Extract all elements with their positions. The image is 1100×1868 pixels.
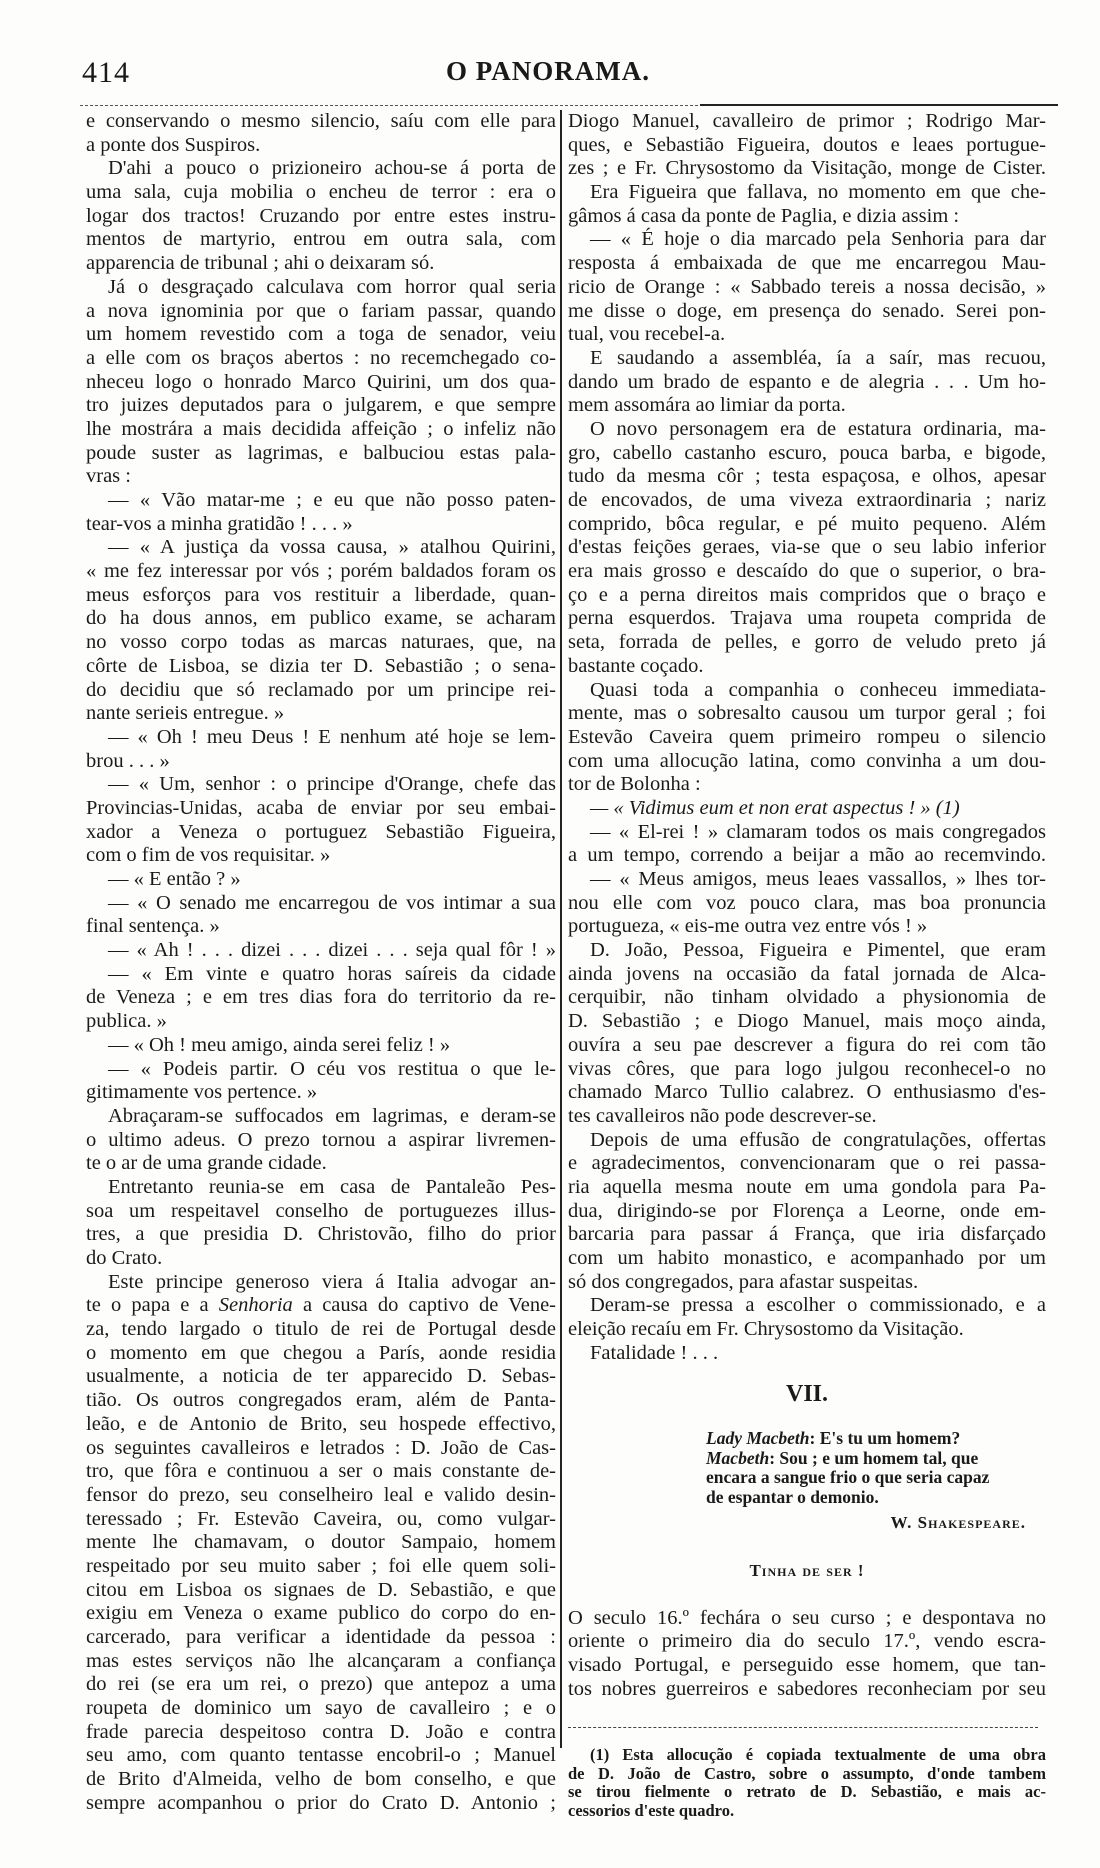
text-line: — « Podeis partir. O céu vos restitua o … xyxy=(86,1058,556,1082)
text-line: do Crato. xyxy=(86,1247,556,1271)
text-line: apparencia de tribunal ; ahi o deixaram … xyxy=(86,252,556,276)
text-line: — « É hoje o dia marcado pela Senhoria p… xyxy=(568,228,1046,252)
text-line: eleição recaíu em Fr. Chrysostomo da Vis… xyxy=(568,1318,1046,1342)
text-line: gro, cabello castanho escuro, pouca barb… xyxy=(568,442,1046,466)
text-line: o ultimo adeus. O prezo tornou a aspirar… xyxy=(86,1129,556,1153)
text-line: vras : xyxy=(86,465,556,489)
text-line: — « Oh ! meu amigo, ainda serei feliz ! … xyxy=(86,1034,556,1058)
text-line: ço e a perna direitos mais compridos que… xyxy=(568,584,1046,608)
text-line: lhe mostrára a mais decidida affeição ; … xyxy=(86,418,556,442)
section-heading: VII. xyxy=(568,1383,1046,1407)
text-line: cerquibir, não tinham olvidado a physion… xyxy=(568,986,1046,1010)
text-line: dua, dirigindo-se por Florença a Leorne,… xyxy=(568,1200,1046,1224)
text-line: poude suster as lagrimas, e balbuciou es… xyxy=(86,442,556,466)
text-line: ques, e Sebastião Figueira, doutos e lea… xyxy=(568,134,1046,158)
text-line: tro juizes deputados para o julgarem, e … xyxy=(86,394,556,418)
text-line: Diogo Manuel, cavalleiro de primor ; Rod… xyxy=(568,110,1046,134)
text-line: xador a Veneza o portuguez Sebastião Fig… xyxy=(86,821,556,845)
text-line: — « Em vinte e quatro horas saíreis da c… xyxy=(86,963,556,987)
text-line: tes cavalleiros não pode descrever-se. xyxy=(568,1105,1046,1129)
text-line: Fatalidade ! . . . xyxy=(568,1342,1046,1366)
text-line: de Brito d'Almeida, velho de bom conselh… xyxy=(86,1768,556,1792)
text-line: Já o desgraçado calculava com horror qua… xyxy=(86,276,556,300)
masthead-title: O PANORAMA. xyxy=(446,56,650,87)
right-column: Diogo Manuel, cavalleiro de primor ; Rod… xyxy=(568,110,1046,1820)
text-line: bastante coçado. xyxy=(568,655,1046,679)
text-line: — « Vidimus eum et non erat aspectus ! »… xyxy=(568,797,1046,821)
text-line: tear-vos a minha gratidão ! . . . » xyxy=(86,513,556,537)
text-line: com o fim de vos requisitar. » xyxy=(86,844,556,868)
text-line: exigiu em Veneza o exame publico do corp… xyxy=(86,1602,556,1626)
text-line: visado Portugal, e perseguido esse homem… xyxy=(568,1654,1046,1678)
text-line: Provincias-Unidas, acaba de enviar por s… xyxy=(86,797,556,821)
text-line: E saudando a assembléa, ía a saír, mas r… xyxy=(568,347,1046,371)
text-line: côrte de Lisboa, se dizia ter D. Sebasti… xyxy=(86,655,556,679)
text-line: os seguintes cavalleiros e letrados : D.… xyxy=(86,1437,556,1461)
text-line: só dos congregados, para afastar suspeit… xyxy=(568,1271,1046,1295)
text-line: comprido, bôca regular, e pé muito peque… xyxy=(568,513,1046,537)
epigraph-text: : E's tu um homem? xyxy=(810,1428,961,1448)
text-line: Estevão Caveira quem primeiro rompeu o s… xyxy=(568,726,1046,750)
text-line: Quasi toda a companhia o conheceu immedi… xyxy=(568,679,1046,703)
footnote-rule xyxy=(568,1727,1038,1728)
text-line: zes ; e Fr. Chrysostomo da Visitação, mo… xyxy=(568,157,1046,181)
text-line: Entretanto reunia-se em casa de Pantaleã… xyxy=(86,1176,556,1200)
text-line: Deram-se pressa a escolher o commissiona… xyxy=(568,1294,1046,1318)
text-line: um homem revestido com a toga de senador… xyxy=(86,323,556,347)
footnote: (1) Esta allocução é copiada textualment… xyxy=(568,1746,1046,1820)
text-line: — « A justiça da vossa causa, » atalhou … xyxy=(86,536,556,560)
header-rule-solid xyxy=(700,104,1058,106)
text-line: chamado Marco Tullio calabrez. O enthusi… xyxy=(568,1081,1046,1105)
text-line: mas estes serviços não lhe alcançaram a … xyxy=(86,1650,556,1674)
text-line: usualmente, a noticia de ter apparecido … xyxy=(86,1365,556,1389)
text-line: e agradecimentos, convencionaram que o r… xyxy=(568,1152,1046,1176)
epigraph-line: de espantar o demonio. xyxy=(706,1488,1046,1508)
text-line: leão, e de Antonio de Brito, seu hospede… xyxy=(86,1413,556,1437)
text-line: citou em Lisboa os signaes de D. Sebasti… xyxy=(86,1579,556,1603)
epigraph-text: encara a sangue frio o que seria capaz xyxy=(706,1467,989,1487)
text-line: nheceu logo o honrado Marco Quirini, um … xyxy=(86,371,556,395)
text-line: ria aquella mesma noute em uma gondola p… xyxy=(568,1176,1046,1200)
text-line: gitimamente vos pertence. » xyxy=(86,1081,556,1105)
text-line: tudo da mesma côr ; testa espaçosa, e ol… xyxy=(568,465,1046,489)
text-line: uma sala, cuja mobilia o encheu de terro… xyxy=(86,181,556,205)
text-line: nou elle com voz pouco clara, mas boa pr… xyxy=(568,892,1046,916)
text-line: — « E então ? » xyxy=(86,868,556,892)
epigraph-speaker: Macbeth xyxy=(706,1448,769,1468)
text-line: dando um brado de espanto e de alegria .… xyxy=(568,371,1046,395)
epigraph-attribution: W. Shakespeare. xyxy=(568,1511,1026,1535)
text-line: Abraçaram-se suffocados em lagrimas, e d… xyxy=(86,1105,556,1129)
text-line: no vosso corpo todas as marcas naturaes,… xyxy=(86,631,556,655)
text-line: barcaria para passar á França, que iria … xyxy=(568,1223,1046,1247)
text-line: cessorios d'este quadro. xyxy=(568,1802,1046,1821)
text-line: — « Vão matar-me ; e eu que não posso pa… xyxy=(86,489,556,513)
text-line: de D. João de Castro, sobre o assumpto, … xyxy=(568,1765,1046,1784)
text-line: fensor do prezo, seu conselheiro leal e … xyxy=(86,1484,556,1508)
epigraph-speaker: Lady Macbeth xyxy=(706,1428,810,1448)
text-line: — « O senado me encarregou de vos intima… xyxy=(86,892,556,916)
epigraph-line: Lady Macbeth: E's tu um homem? xyxy=(706,1429,1046,1449)
text-line: publica. » xyxy=(86,1010,556,1034)
text-line: a nova ignominia por que o fariam passar… xyxy=(86,300,556,324)
text-line: d'estas feições geraes, via-se que o seu… xyxy=(568,536,1046,560)
text-line: ainda jovens na occasião da fatal jornad… xyxy=(568,963,1046,987)
text-line: carcerado, para verificar a identidade d… xyxy=(86,1626,556,1650)
text-line: perna esquerdos. Trajava uma roupeta com… xyxy=(568,607,1046,631)
text-line: D. João, Pessoa, Figueira e Pimentel, qu… xyxy=(568,939,1046,963)
text-line: respeitado por seu muito saber ; foi ell… xyxy=(86,1555,556,1579)
text-line: resposta á embaixada de que me encarrego… xyxy=(568,252,1046,276)
text-line: ouvíra a seu pae descrever a figura do r… xyxy=(568,1034,1046,1058)
text-line: mente lhe chamavam, o doutor Sampaio, ho… xyxy=(86,1531,556,1555)
text-line: final sentença. » xyxy=(86,915,556,939)
page-number: 414 xyxy=(82,56,130,90)
column-divider xyxy=(560,110,562,1748)
text-line: gâmos á casa da ponte de Paglia, e dizia… xyxy=(568,205,1046,229)
text-line: e conservando o mesmo silencio, saíu com… xyxy=(86,110,556,134)
text-line: tro, que fôra e continuou a ser o mais c… xyxy=(86,1460,556,1484)
text-line: oriente o primeiro dia do seculo 17.º, v… xyxy=(568,1630,1046,1654)
text-line: era mais grosso e descaído do que o supe… xyxy=(568,560,1046,584)
text-line: tião. Os outros congregados eram, além d… xyxy=(86,1389,556,1413)
epigraph-text: de espantar o demonio. xyxy=(706,1487,879,1507)
text-line: O seculo 16.º fechára o seu curso ; e de… xyxy=(568,1607,1046,1631)
text-line: com um habito monastico, e acompanhado p… xyxy=(568,1247,1046,1271)
text-line: do decidiu que só reclamado por um princ… xyxy=(86,679,556,703)
text-line: Era Figueira que fallava, no momento em … xyxy=(568,181,1046,205)
text-line: tor de Bolonha : xyxy=(568,773,1046,797)
text-line: portugueza, « eis-me outra vez entre vós… xyxy=(568,915,1046,939)
text-line: tres, a que presidia D. Christovão, filh… xyxy=(86,1223,556,1247)
text-line: logar dos tractos! Cruzando por entre es… xyxy=(86,205,556,229)
text-line: « me fez interessar por vós ; porém bald… xyxy=(86,560,556,584)
text-line: — « El-rei ! » clamaram todos os mais co… xyxy=(568,821,1046,845)
text-line: O novo personagem era de estatura ordina… xyxy=(568,418,1046,442)
text-line: za, tendo largado o titulo de rei de Por… xyxy=(86,1318,556,1342)
text-line: com uma allocução latina, como convinha … xyxy=(568,750,1046,774)
text-line: mente, mas o sobresalto causou um turpor… xyxy=(568,702,1046,726)
text-line: o momento em que chegou a París, aonde r… xyxy=(86,1342,556,1366)
text-line: — « Meus amigos, meus leaes vassallos, »… xyxy=(568,868,1046,892)
text-line: vivas côres, que para logo julgou reconh… xyxy=(568,1058,1046,1082)
text-line: brou . . . » xyxy=(86,750,556,774)
text-line: soa um respeitavel conselho de portuguez… xyxy=(86,1200,556,1224)
text-line: — « Ah ! . . . dizei . . . dizei . . . s… xyxy=(86,939,556,963)
epigraph-text: : Sou ; e um homem tal, que xyxy=(769,1448,978,1468)
text-line: do rei (se era um rei, o prezo) que ante… xyxy=(86,1673,556,1697)
text-line: sempre acompanhou o prior do Crato D. An… xyxy=(86,1792,556,1816)
text-line: teressado ; Fr. Estevão Caveira, ou, com… xyxy=(86,1508,556,1532)
text-line: mentos de martyrio, entrou em outra sala… xyxy=(86,228,556,252)
text-line: me disse o doge, em presença do senado. … xyxy=(568,300,1046,324)
text-line: se tirou fielmente o retrato de D. Sebas… xyxy=(568,1783,1046,1802)
chapter-opening-text: O seculo 16.º fechára o seu curso ; e de… xyxy=(568,1607,1046,1702)
text-line: a elle com os braços abertos : no recemc… xyxy=(86,347,556,371)
text-line: seu amo, com quanto tentasse encobril-o … xyxy=(86,1744,556,1768)
text-line: do ha dous annos, em publico exame, se a… xyxy=(86,607,556,631)
text-line: D. Sebastião ; e Diogo Manuel, mais moço… xyxy=(568,1010,1046,1034)
text-line: te o papa e a Senhoria a causa do captiv… xyxy=(86,1294,556,1318)
text-line: — « Oh ! meu Deus ! E nenhum até hoje se… xyxy=(86,726,556,750)
text-line: de encovados, de uma viveza extraordinar… xyxy=(568,489,1046,513)
text-line: Depois de uma effusão de congratulações,… xyxy=(568,1129,1046,1153)
text-line: tual, vou recebel-a. xyxy=(568,323,1046,347)
epigraph-line: Macbeth: Sou ; e um homem tal, que xyxy=(706,1449,1046,1469)
text-line: mem assomára ao limiar da porta. xyxy=(568,394,1046,418)
epigraph-line: encara a sangue frio o que seria capaz xyxy=(706,1468,1046,1488)
text-line: a um tempo, correndo a beijar a mão ao r… xyxy=(568,844,1046,868)
right-column-text: Diogo Manuel, cavalleiro de primor ; Rod… xyxy=(568,110,1046,1365)
text-line: de Veneza ; e em tres dias fora do terri… xyxy=(86,986,556,1010)
text-line: a ponte dos Suspiros. xyxy=(86,134,556,158)
text-line: frade parecia despeitoso contra D. João … xyxy=(86,1721,556,1745)
text-line: (1) Esta allocução é copiada textualment… xyxy=(568,1746,1046,1765)
text-line: seta, forrada de pelles, e gorro de velu… xyxy=(568,631,1046,655)
text-line: te o ar de uma grande cidade. xyxy=(86,1152,556,1176)
text-line: Este principe generoso viera á Italia ad… xyxy=(86,1271,556,1295)
epigraph: Lady Macbeth: E's tu um homem?Macbeth: S… xyxy=(706,1429,1046,1507)
text-line: — « Um, senhor : o principe d'Orange, ch… xyxy=(86,773,556,797)
text-line: D'ahi a pouco o prizioneiro achou-se á p… xyxy=(86,157,556,181)
text-line: nante serieis entregue. » xyxy=(86,702,556,726)
chapter-subhead: Tinha de ser ! xyxy=(568,1559,1046,1583)
text-line: tos nobres guerreiros e sabedores reconh… xyxy=(568,1678,1046,1702)
text-line: roupeta de dominico um sayo de cavalleir… xyxy=(86,1697,556,1721)
text-line: meus esforços para vos restituir a liber… xyxy=(86,584,556,608)
left-column: e conservando o mesmo silencio, saíu com… xyxy=(86,110,556,1816)
text-line: ricio de Orange : « Sabbado tereis a nos… xyxy=(568,276,1046,300)
